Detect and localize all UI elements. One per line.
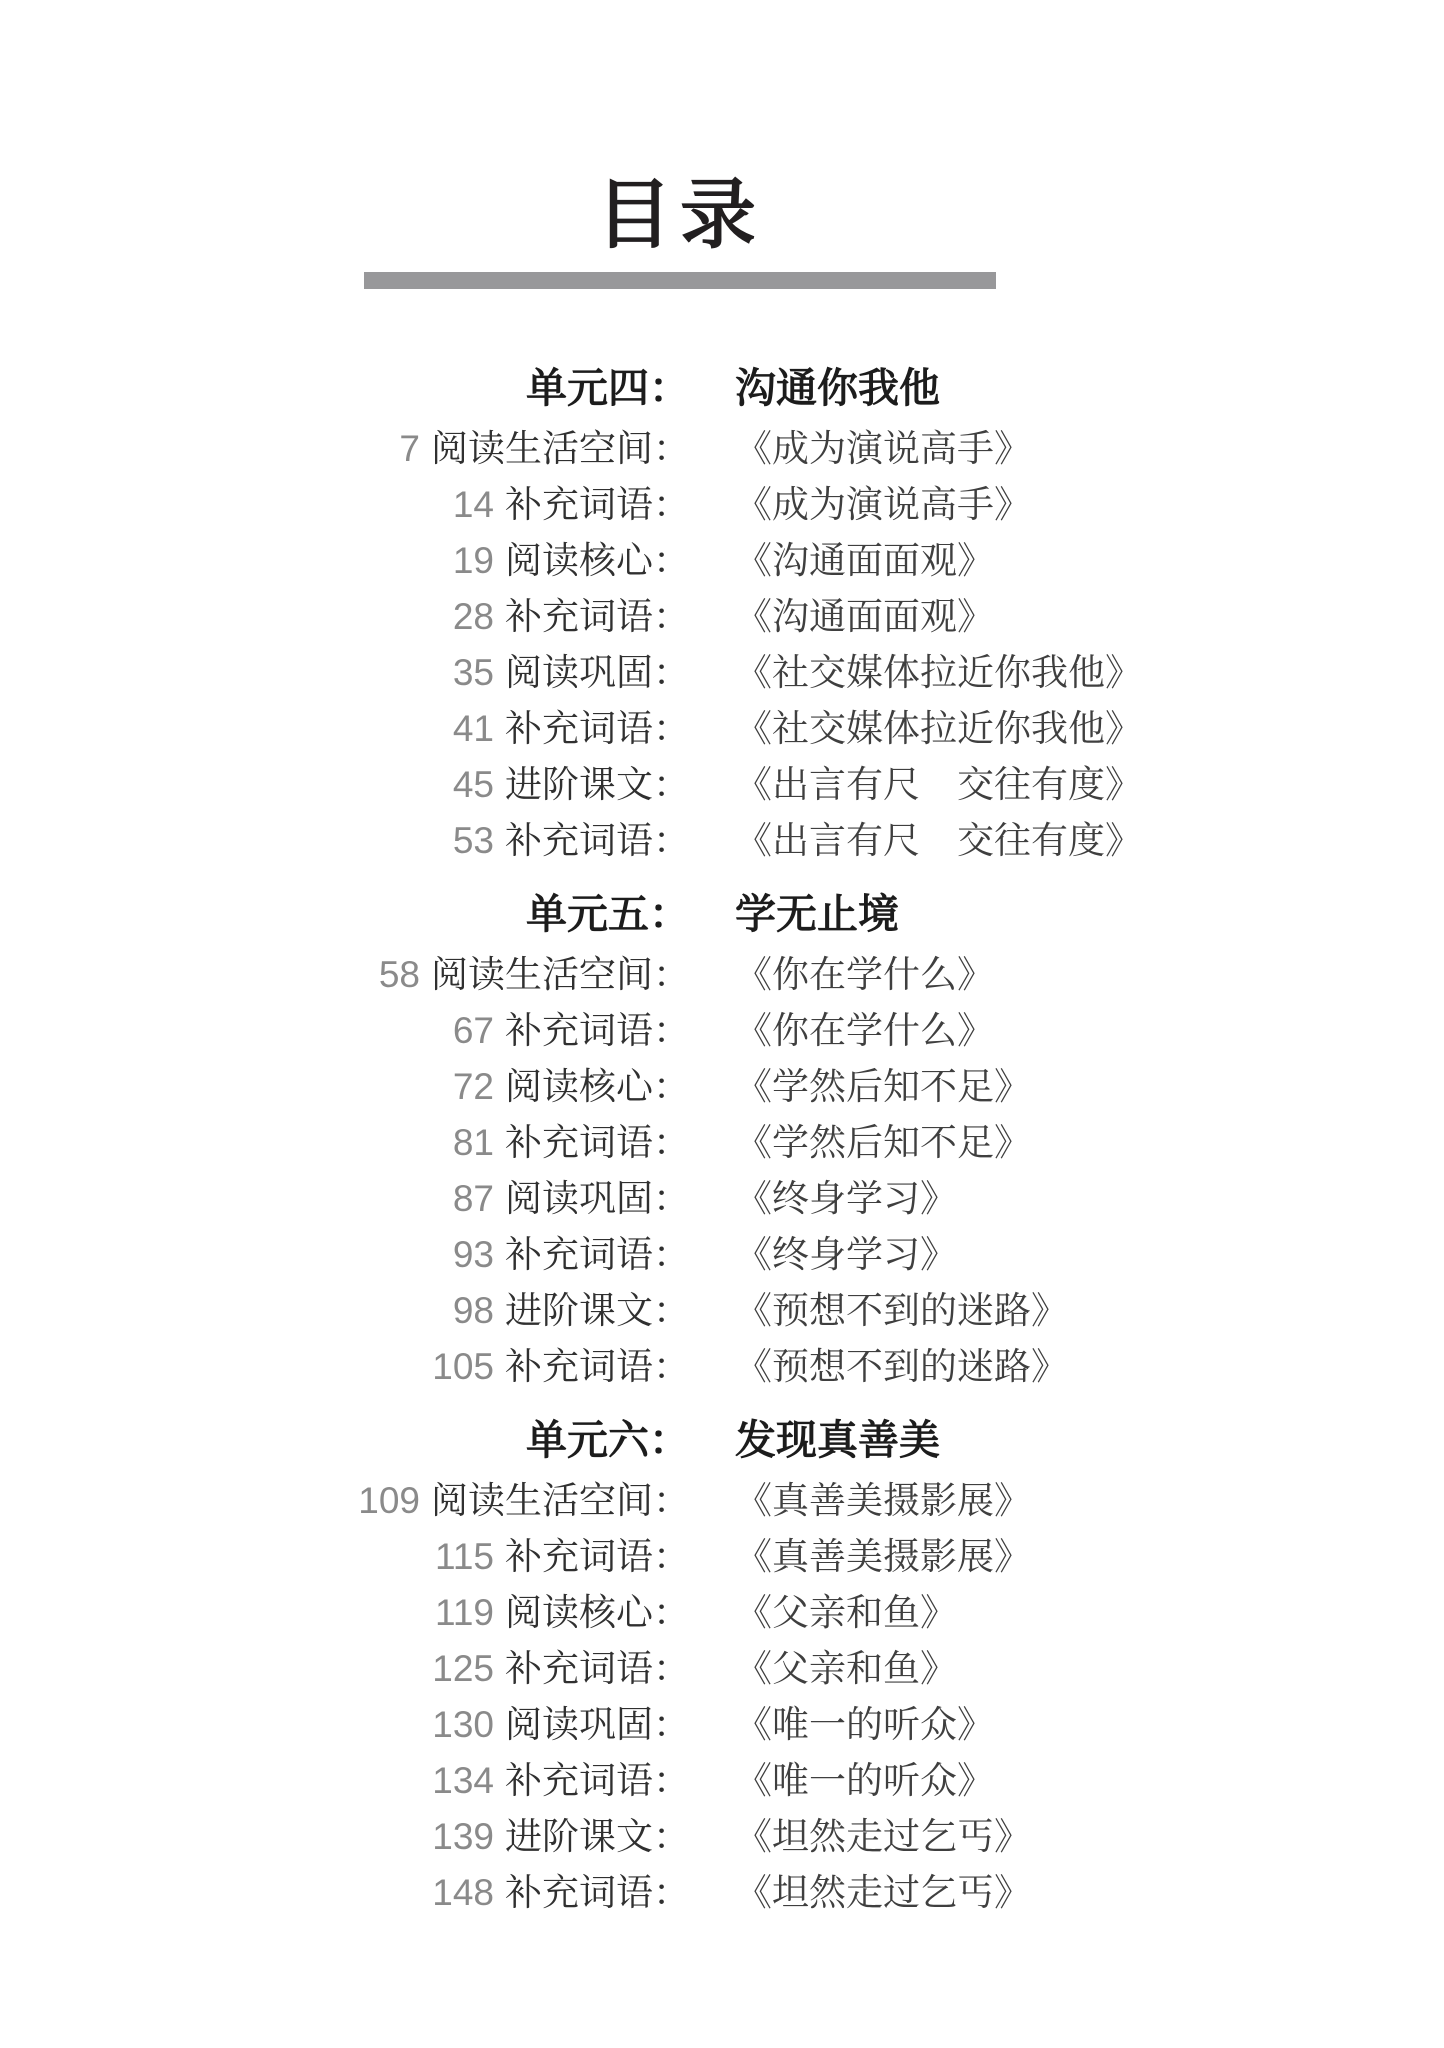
toc-entry: 148补充词语： 《坦然走过乞丐》 — [180, 1861, 1180, 1917]
entry-page-number: 115 — [435, 1536, 494, 1577]
entry-label: 进阶课文： — [505, 1816, 690, 1857]
entry-page-number: 125 — [432, 1648, 494, 1689]
section-header: 单元四： 沟通你我他 — [180, 355, 1180, 401]
toc-entry: 87阅读巩固： 《终身学习》 — [180, 1167, 1180, 1223]
entry-label: 进阶课文： — [505, 1290, 690, 1331]
entry-book-title: 《你在学什么》 — [735, 954, 994, 995]
entry-book-title: 《社交媒体拉近你我他》 — [735, 652, 1142, 693]
toc-entry: 119阅读核心： 《父亲和鱼》 — [180, 1581, 1180, 1637]
entry-label: 阅读生活空间： — [431, 1480, 690, 1521]
section-unit-label: 单元四： — [526, 365, 690, 411]
entry-label: 阅读核心： — [505, 540, 690, 581]
section-entries: 58阅读生活空间： 《你在学什么》 67补充词语： 《你在学什么》 72阅读核心… — [180, 943, 1180, 1391]
entry-page-number: 105 — [432, 1346, 494, 1387]
toc-entry: 53补充词语： 《出言有尺 交往有度》 — [180, 809, 1180, 865]
section-unit-label: 单元五： — [526, 891, 690, 937]
section-entries: 109阅读生活空间： 《真善美摄影展》 115补充词语： 《真善美摄影展》 11… — [180, 1469, 1180, 1917]
entry-book-title: 《坦然走过乞丐》 — [735, 1872, 1031, 1913]
entry-book-title: 《父亲和鱼》 — [735, 1592, 957, 1633]
entry-book-title: 《社交媒体拉近你我他》 — [735, 708, 1142, 749]
section-entries: 7阅读生活空间： 《成为演说高手》 14补充词语： 《成为演说高手》 19阅读核… — [180, 417, 1180, 865]
toc-section: 单元四： 沟通你我他 7阅读生活空间： 《成为演说高手》 14补充词语： 《成为… — [180, 355, 1180, 865]
entry-page-number: 130 — [432, 1704, 494, 1745]
entry-label: 补充词语： — [505, 1346, 690, 1387]
entry-label: 补充词语： — [505, 1122, 690, 1163]
entry-page-number: 14 — [453, 484, 494, 525]
entry-label: 补充词语： — [505, 1536, 690, 1577]
entry-page-number: 35 — [453, 652, 494, 693]
toc-entry: 93补充词语： 《终身学习》 — [180, 1223, 1180, 1279]
toc-section: 单元五： 学无止境 58阅读生活空间： 《你在学什么》 67补充词语： 《你在学… — [180, 881, 1180, 1391]
entry-page-number: 87 — [453, 1178, 494, 1219]
toc-entry: 130阅读巩固： 《唯一的听众》 — [180, 1693, 1180, 1749]
section-header: 单元五： 学无止境 — [180, 881, 1180, 927]
entry-book-title: 《真善美摄影展》 — [735, 1480, 1031, 1521]
entry-page-number: 41 — [453, 708, 494, 749]
entry-label: 补充词语： — [505, 1234, 690, 1275]
entry-label: 补充词语： — [505, 484, 690, 525]
entry-page-number: 134 — [432, 1760, 494, 1801]
toc-entry: 139进阶课文： 《坦然走过乞丐》 — [180, 1805, 1180, 1861]
entry-label: 阅读核心： — [505, 1592, 690, 1633]
toc-entry: 72阅读核心： 《学然后知不足》 — [180, 1055, 1180, 1111]
entry-page-number: 119 — [435, 1592, 494, 1633]
entry-page-number: 7 — [399, 428, 420, 469]
toc-entry: 45进阶课文： 《出言有尺 交往有度》 — [180, 753, 1180, 809]
page-title: 目录 — [180, 0, 1180, 259]
toc-entry: 134补充词语： 《唯一的听众》 — [180, 1749, 1180, 1805]
entry-page-number: 81 — [453, 1122, 494, 1163]
entry-page-number: 109 — [358, 1480, 420, 1521]
entry-label: 阅读巩固： — [505, 1704, 690, 1745]
entry-book-title: 《出言有尺 交往有度》 — [735, 764, 1142, 805]
entry-page-number: 93 — [453, 1234, 494, 1275]
entry-book-title: 《成为演说高手》 — [735, 428, 1031, 469]
entry-page-number: 19 — [453, 540, 494, 581]
entry-book-title: 《学然后知不足》 — [735, 1122, 1031, 1163]
entry-book-title: 《学然后知不足》 — [735, 1066, 1031, 1107]
entry-label: 补充词语： — [505, 596, 690, 637]
entry-book-title: 《出言有尺 交往有度》 — [735, 820, 1142, 861]
title-underline-bar — [364, 272, 996, 289]
entry-label: 补充词语： — [505, 1760, 690, 1801]
entry-label: 阅读核心： — [505, 1066, 690, 1107]
entry-book-title: 《坦然走过乞丐》 — [735, 1816, 1031, 1857]
entry-book-title: 《终身学习》 — [735, 1178, 957, 1219]
toc-entry: 115补充词语： 《真善美摄影展》 — [180, 1525, 1180, 1581]
toc-section: 单元六： 发现真善美 109阅读生活空间： 《真善美摄影展》 115补充词语： … — [180, 1407, 1180, 1917]
toc-entry: 125补充词语： 《父亲和鱼》 — [180, 1637, 1180, 1693]
entry-book-title: 《预想不到的迷路》 — [735, 1346, 1068, 1387]
toc-entry: 35阅读巩固： 《社交媒体拉近你我他》 — [180, 641, 1180, 697]
entry-label: 阅读巩固： — [505, 652, 690, 693]
toc-entry: 67补充词语： 《你在学什么》 — [180, 999, 1180, 1055]
entry-page-number: 53 — [453, 820, 494, 861]
entry-label: 补充词语： — [505, 820, 690, 861]
section-theme: 发现真善美 — [735, 1417, 940, 1463]
entry-page-number: 45 — [453, 764, 494, 805]
entry-label: 阅读巩固： — [505, 1178, 690, 1219]
entry-page-number: 98 — [453, 1290, 494, 1331]
section-unit-label: 单元六： — [526, 1417, 690, 1463]
section-theme: 沟通你我他 — [735, 365, 940, 411]
entry-page-number: 28 — [453, 596, 494, 637]
entry-book-title: 《唯一的听众》 — [735, 1760, 994, 1801]
entry-page-number: 139 — [432, 1816, 494, 1857]
entry-book-title: 《沟通面面观》 — [735, 596, 994, 637]
entry-book-title: 《成为演说高手》 — [735, 484, 1031, 525]
entry-book-title: 《沟通面面观》 — [735, 540, 994, 581]
toc-entry: 14补充词语： 《成为演说高手》 — [180, 473, 1180, 529]
entry-label: 进阶课文： — [505, 764, 690, 805]
entry-book-title: 《你在学什么》 — [735, 1010, 994, 1051]
entry-label: 阅读生活空间： — [431, 954, 690, 995]
toc-entry: 41补充词语： 《社交媒体拉近你我他》 — [180, 697, 1180, 753]
entry-book-title: 《唯一的听众》 — [735, 1704, 994, 1745]
entry-label: 补充词语： — [505, 708, 690, 749]
entry-label: 补充词语： — [505, 1010, 690, 1051]
entry-book-title: 《终身学习》 — [735, 1234, 957, 1275]
toc-entry: 105补充词语： 《预想不到的迷路》 — [180, 1335, 1180, 1391]
toc-entry: 19阅读核心： 《沟通面面观》 — [180, 529, 1180, 585]
entry-label: 补充词语： — [505, 1872, 690, 1913]
toc-entry: 28补充词语： 《沟通面面观》 — [180, 585, 1180, 641]
toc-page: 目录 单元四： 沟通你我他 7阅读生活空间： 《成为演说高手》 14补充词语： … — [0, 0, 1444, 2048]
toc-entry: 7阅读生活空间： 《成为演说高手》 — [180, 417, 1180, 473]
entry-book-title: 《真善美摄影展》 — [735, 1536, 1031, 1577]
section-header: 单元六： 发现真善美 — [180, 1407, 1180, 1453]
entry-book-title: 《预想不到的迷路》 — [735, 1290, 1068, 1331]
section-theme: 学无止境 — [735, 891, 899, 937]
entry-page-number: 72 — [453, 1066, 494, 1107]
entry-page-number: 67 — [453, 1010, 494, 1051]
toc-entry: 109阅读生活空间： 《真善美摄影展》 — [180, 1469, 1180, 1525]
toc-entry: 81补充词语： 《学然后知不足》 — [180, 1111, 1180, 1167]
toc-entry: 58阅读生活空间： 《你在学什么》 — [180, 943, 1180, 999]
toc-entry: 98进阶课文： 《预想不到的迷路》 — [180, 1279, 1180, 1335]
entry-page-number: 58 — [379, 954, 420, 995]
toc-content: 目录 单元四： 沟通你我他 7阅读生活空间： 《成为演说高手》 14补充词语： … — [180, 0, 1180, 1917]
entry-label: 阅读生活空间： — [431, 428, 690, 469]
toc-sections: 单元四： 沟通你我他 7阅读生活空间： 《成为演说高手》 14补充词语： 《成为… — [180, 355, 1180, 1917]
entry-book-title: 《父亲和鱼》 — [735, 1648, 957, 1689]
entry-label: 补充词语： — [505, 1648, 690, 1689]
entry-page-number: 148 — [432, 1872, 494, 1913]
